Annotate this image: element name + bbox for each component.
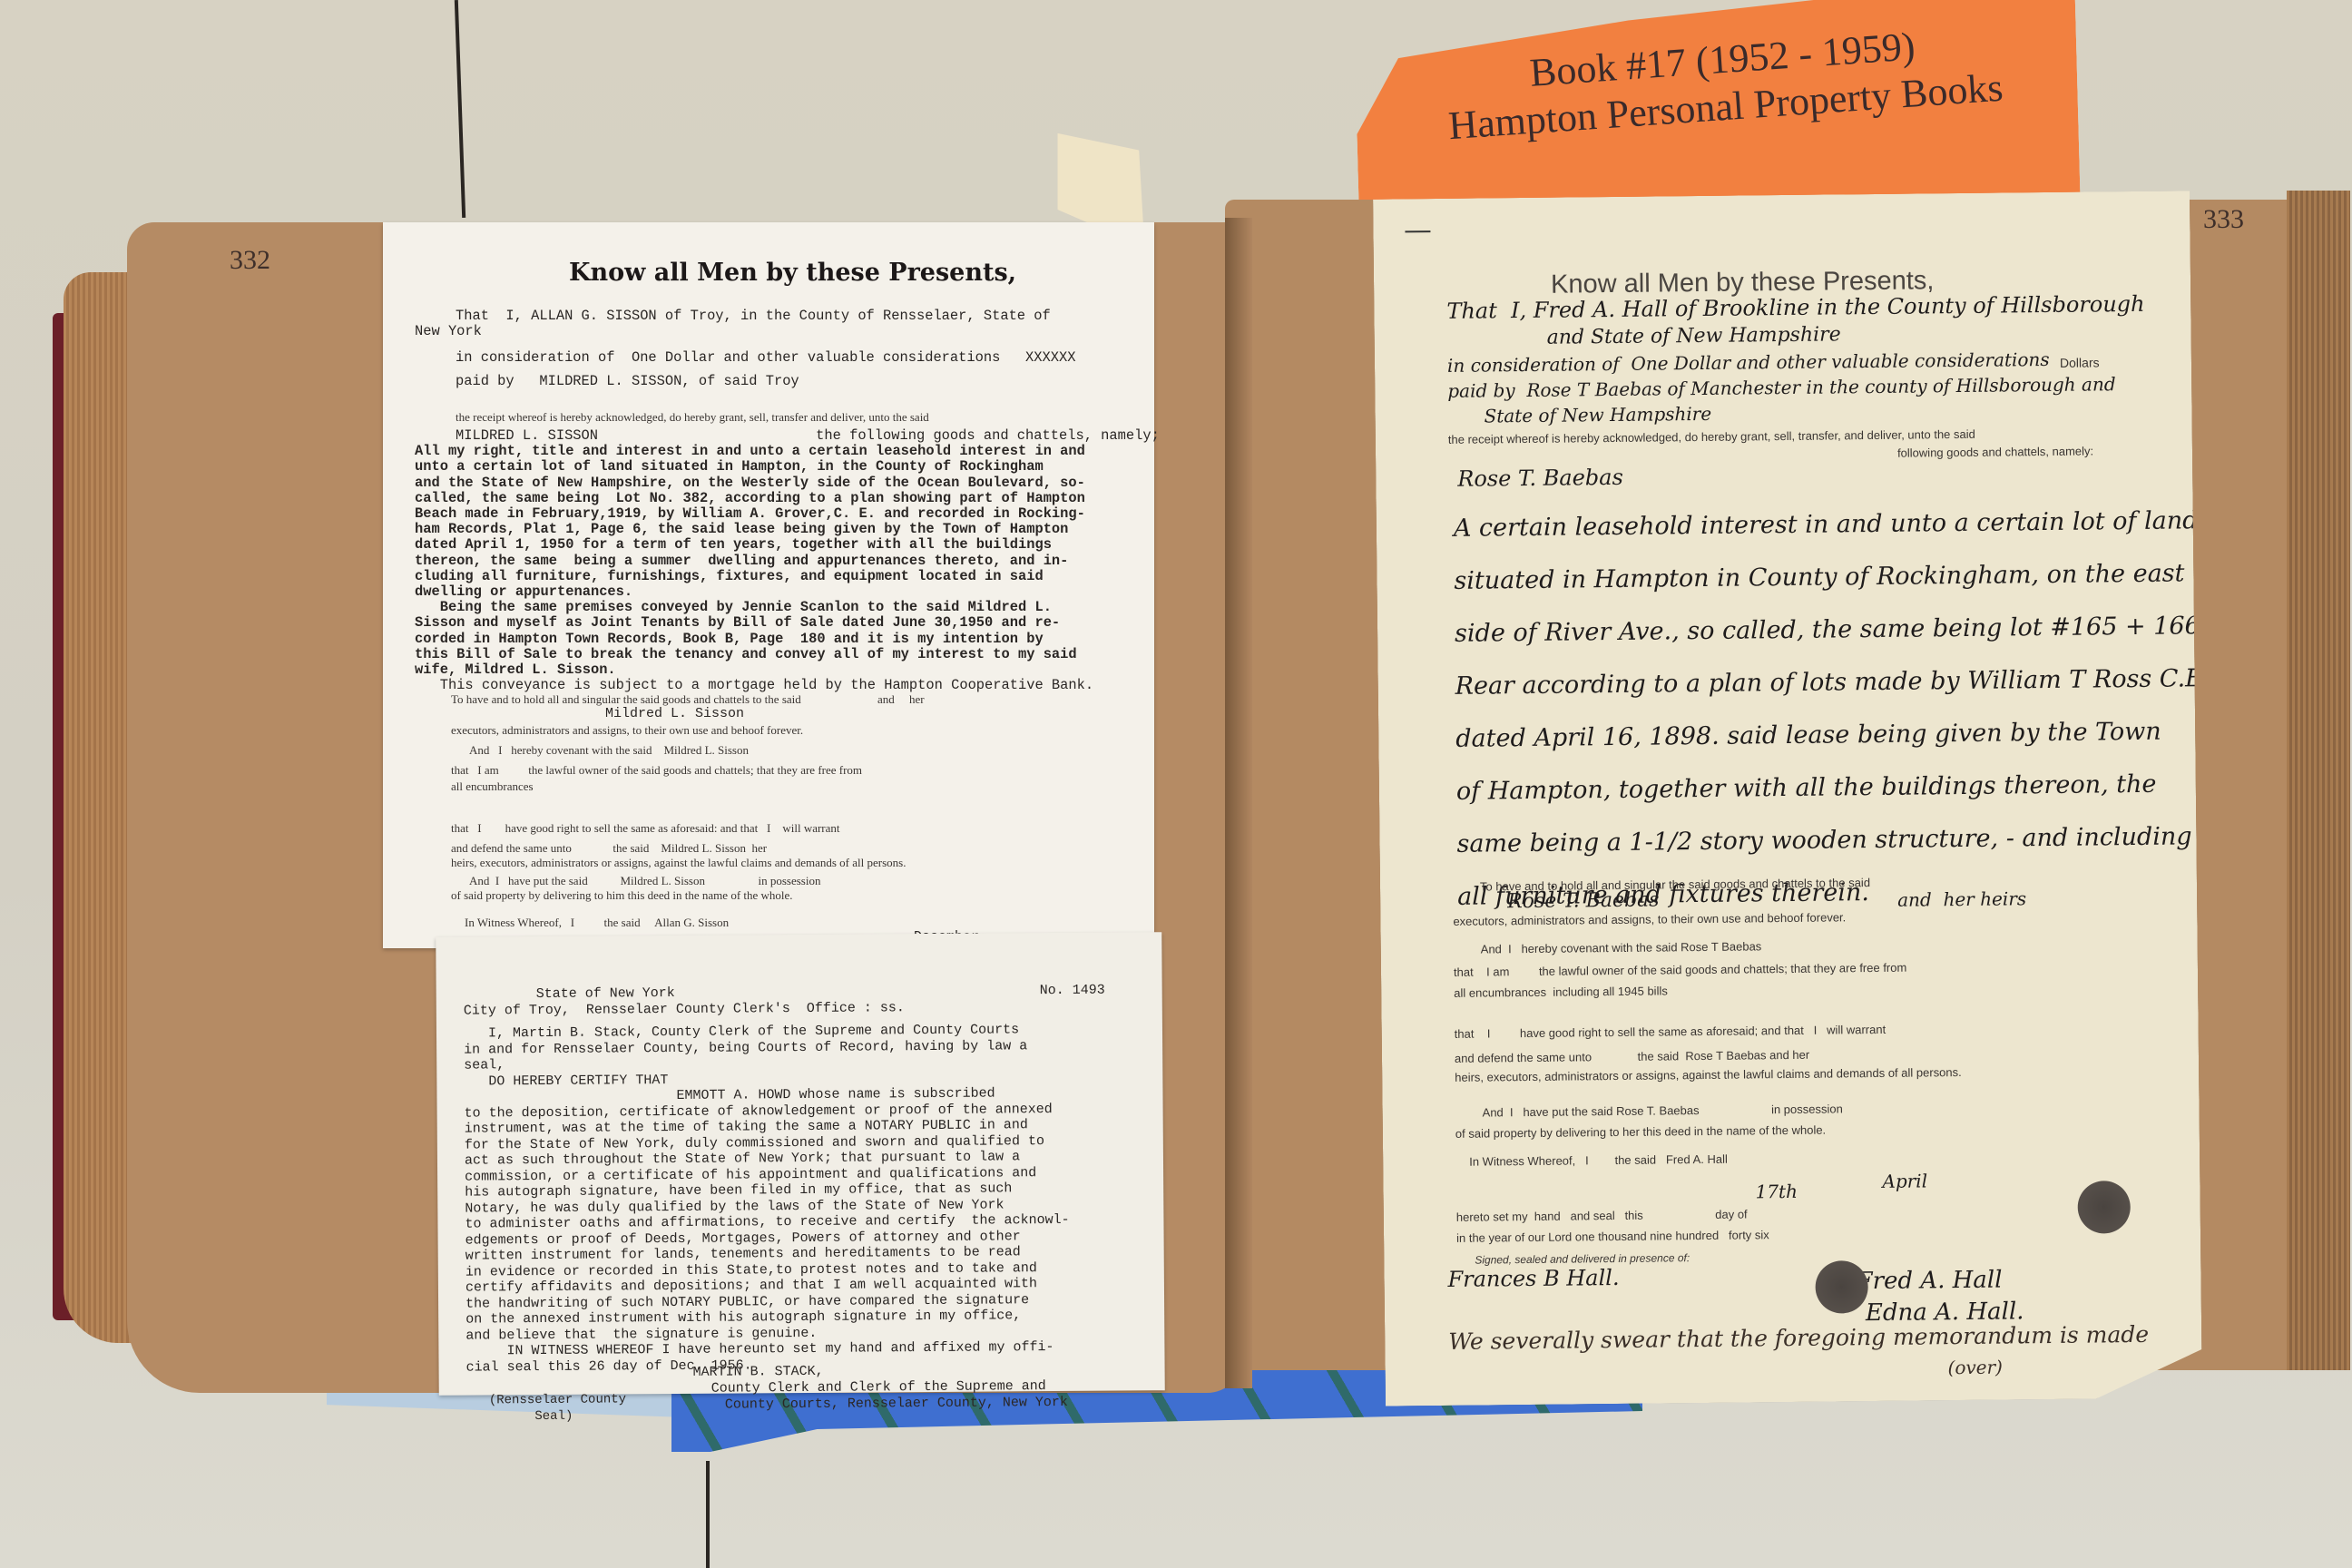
habendum-and-her: and her	[877, 692, 1332, 707]
book-gutter	[1225, 218, 1252, 1388]
deed-line: in consideration of One Dollar and other…	[456, 350, 1160, 366]
deed-line: MILDRED L. SISSON the following goods an…	[456, 428, 1160, 444]
certificate-lines: I, Martin B. Stack, County Clerk of the …	[464, 1022, 1071, 1376]
habendum-witness: In Witness Whereof, I the said Allan G. …	[465, 916, 919, 930]
table-seam-bottom	[706, 1461, 710, 1568]
deed-line: dwelling or appurtenances.	[415, 584, 1119, 600]
handwritten-line: situated in Hampton in County of Rocking…	[1454, 547, 2210, 608]
handwritten-line: dated April 16, 1898. said lease being g…	[1455, 705, 2211, 766]
certificate-signer-title1: County Clerk and Clerk of the Supreme an…	[711, 1378, 1046, 1396]
habendum-month: April	[1882, 1173, 1927, 1190]
deed-line: and the State of New Hampshire, on the W…	[415, 475, 1119, 491]
certificate-signer: MARTIN B. STACK,	[693, 1364, 824, 1381]
right-receipt: the receipt whereof is hereby acknowledg…	[1448, 427, 1975, 446]
habendum-delivering: of said property by delivering to him th…	[451, 888, 906, 903]
certificate-header2: City of Troy, Rensselaer County Clerk's …	[464, 998, 1068, 1018]
habendum-hand: hereto set my hand and seal this day of	[1456, 1204, 1964, 1225]
deed-line: the receipt whereof is hereby acknowledg…	[456, 409, 1160, 425]
habendum-grantee: Mildred L. Sisson	[605, 707, 1060, 721]
right-following: following goods and chattels, namely:	[1897, 444, 2093, 459]
habendum-heirs: heirs, executors, administrators or assi…	[1455, 1064, 1962, 1085]
deed-line: paid by MILDRED L. SISSON, of said Troy	[456, 374, 1160, 389]
right-dollars-label: Dollars	[2060, 355, 2100, 369]
grantor-signature: Fred A. Hall	[1856, 1273, 2002, 1290]
habendum-heirs: heirs, executors, administrators or assi…	[451, 856, 906, 870]
left-deed-body: That I, ALLAN G. SISSON of Troy, in the …	[415, 309, 1119, 693]
right-handwritten-body: A certain leasehold interest in and unto…	[1454, 495, 2214, 924]
grantor-signature-2: Edna A. Hall.	[1866, 1304, 2024, 1321]
habendum-that-am: that I am the lawful owner of the said g…	[451, 763, 906, 778]
habendum-right: that I have good right to sell the same …	[1455, 1021, 1962, 1042]
deed-line: This conveyance is subject to a mortgage…	[415, 678, 1119, 693]
habendum-right: that I have good right to sell the same …	[451, 821, 906, 836]
habendum-to-have: To have and to hold all and singular the…	[451, 692, 906, 707]
deed-line: dated April 1, 1950 for a term of ten ye…	[415, 537, 1119, 553]
habendum-day: 17th	[1755, 1184, 1798, 1200]
left-deed-habendum: To have and to hold all and singular the…	[451, 692, 906, 959]
deed-line: corded in Hampton Town Records, Book B, …	[415, 632, 1119, 647]
habendum-and-her: and her heirs	[1897, 891, 2026, 907]
deed-line: wife, Mildred L. Sisson.	[415, 662, 1119, 678]
habendum-executors: executors, administrators and assigns, t…	[451, 723, 906, 738]
left-deed-document: Know all Men by these Presents, That I, …	[383, 222, 1154, 948]
right-consideration: in consideration of One Dollar and other…	[1447, 348, 2050, 377]
deed-line: called, the same being Lot No. 382, acco…	[415, 491, 1119, 506]
deed-line: Being the same premises conveyed by Jenn…	[415, 600, 1119, 615]
certificate-body: State of New York City of Troy, Renssela…	[464, 983, 1071, 1426]
right-paid-by-2: State of New Hampshire	[1484, 403, 1711, 427]
certificate-number: No. 1493	[1040, 983, 1105, 999]
deed-line: thereon, the same being a summer dwellin…	[415, 554, 1119, 569]
deed-line: That I, ALLAN G. SISSON of Troy, in the …	[456, 309, 1160, 324]
deed-line: cluding all furniture, furnishings, fixt…	[415, 569, 1119, 584]
habendum-put: And I have put the said Mildred L. Sisso…	[469, 874, 924, 888]
habendum-that-am: that I am the lawful owner of the said g…	[1454, 959, 1961, 980]
deed-line: All my right, title and interest in and …	[415, 444, 1119, 459]
page-number-left: 332	[230, 245, 270, 276]
habendum-witness: In Witness Whereof, I the said Fred A. H…	[1469, 1149, 1976, 1170]
certificate-signer-title2: County Courts, Rensselaer County, New Yo…	[725, 1395, 1068, 1413]
wax-seal-1	[2077, 1181, 2131, 1234]
handwritten-line: of Hampton, together with all the buildi…	[1456, 758, 2212, 818]
table-seam-top	[455, 0, 465, 218]
habendum-defend: and defend the same unto the said Rose T…	[1455, 1045, 1962, 1066]
deed-line: Sisson and myself as Joint Tenants by Bi…	[415, 615, 1119, 631]
county-clerk-certificate: State of New York City of Troy, Renssela…	[436, 932, 1165, 1396]
habendum-year: in the year of our Lord one thousand nin…	[1456, 1225, 1964, 1246]
habendum-put: And I have put the said Rose T. Baebas i…	[1483, 1100, 1990, 1121]
deed-line: Beach made in February,1919, by William …	[415, 506, 1119, 522]
habendum-covenant: And I hereby covenant with the said Rose…	[1481, 936, 1988, 957]
page-number-right: 333	[2203, 204, 2244, 235]
habendum-delivering: of said property by delivering to her th…	[1455, 1121, 1963, 1142]
handwritten-line: same being a 1-1/2 story wooden structur…	[1456, 810, 2212, 871]
habendum-covenant: And I hereby covenant with the said Mild…	[469, 743, 924, 758]
staple-mark	[1405, 230, 1430, 232]
deed-line: unto a certain lot of land situated in H…	[415, 459, 1119, 475]
habendum-defend: and defend the same unto the said Mildre…	[451, 841, 906, 856]
right-deed-habendum: To have and to hold all and singular the…	[1453, 874, 1964, 1288]
habendum-encumbrances: all encumbrances	[451, 779, 906, 794]
handwritten-line: side of River Ave., so called, the same …	[1455, 600, 2210, 661]
left-deed-title: Know all Men by these Presents,	[569, 259, 1016, 287]
handwritten-line: Rear according to a plan of lots made by…	[1455, 652, 2210, 713]
deed-line: this Bill of Sale to break the tenancy a…	[415, 647, 1119, 662]
right-paid-by: paid by Rose T Baebas of Manchester in t…	[1447, 373, 2116, 402]
deed-line: New York	[415, 324, 1119, 339]
oath-line: We severally swear that the foregoing me…	[1448, 1321, 2149, 1355]
over-note: (over)	[1947, 1357, 2003, 1379]
habendum-encumbrances: all encumbrances including all 1945 bill…	[1454, 980, 1961, 1001]
right-state-line: and State of New Hampshire	[1547, 323, 1841, 348]
right-deed-document: Know all Men by these Presents, That I, …	[1373, 191, 2202, 1406]
right-page-stack	[2287, 191, 2350, 1370]
deed-line: ham Records, Plat 1, Page 6, the said le…	[415, 522, 1119, 537]
handwritten-line: A certain leasehold interest in and unto…	[1454, 495, 2210, 555]
right-grantee: Rose T. Baebas	[1457, 465, 1623, 492]
wax-seal-2	[1815, 1260, 1868, 1314]
